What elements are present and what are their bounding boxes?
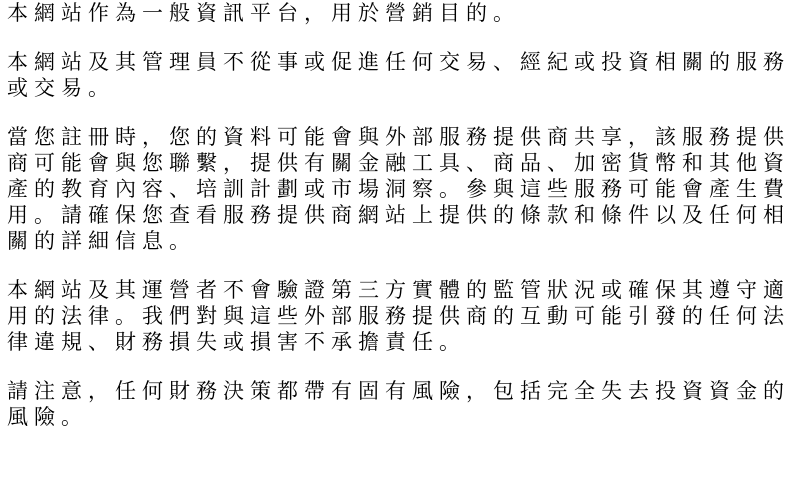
- text-line: 當您註冊時，您的資料可能會與外部服務提供商共享，該服務提供: [7, 124, 800, 150]
- text-line: 或交易。: [7, 75, 800, 101]
- text-line: 關的詳細信息。: [7, 228, 800, 254]
- text-line: 請注意，任何財務決策都帶有固有風險，包括完全失去投資資金的: [7, 378, 800, 404]
- disclaimer-text: 本網站作為一般資訊平台，用於營銷目的。 本網站及其管理員不從事或促進任何交易、經…: [0, 0, 800, 430]
- text-line: 風險。: [7, 404, 800, 430]
- text-line: 商可能會與您聯繫，提供有關金融工具、商品、加密貨幣和其他資: [7, 150, 800, 176]
- text-line: 用的法律。我們對與這些外部服務提供商的互動可能引發的任何法: [7, 303, 800, 329]
- text-line: 本網站及其運營者不會驗證第三方實體的監管狀況或確保其遵守適: [7, 277, 800, 303]
- text-line: 產的教育內容、培訓計劃或市場洞察。參與這些服務可能會產生費: [7, 176, 800, 202]
- text-line: 本網站作為一般資訊平台，用於營銷目的。: [7, 1, 520, 25]
- text-line: 用。請確保您查看服務提供商網站上提供的條款和條件以及任何相: [7, 202, 800, 228]
- text-line: 律違規、財務損失或損害不承擔責任。: [7, 329, 800, 355]
- text-line: 本網站及其管理員不從事或促進任何交易、經紀或投資相關的服務: [7, 49, 800, 75]
- disclaimer-paragraph-1: 本網站作為一般資訊平台，用於營銷目的。: [7, 0, 800, 26]
